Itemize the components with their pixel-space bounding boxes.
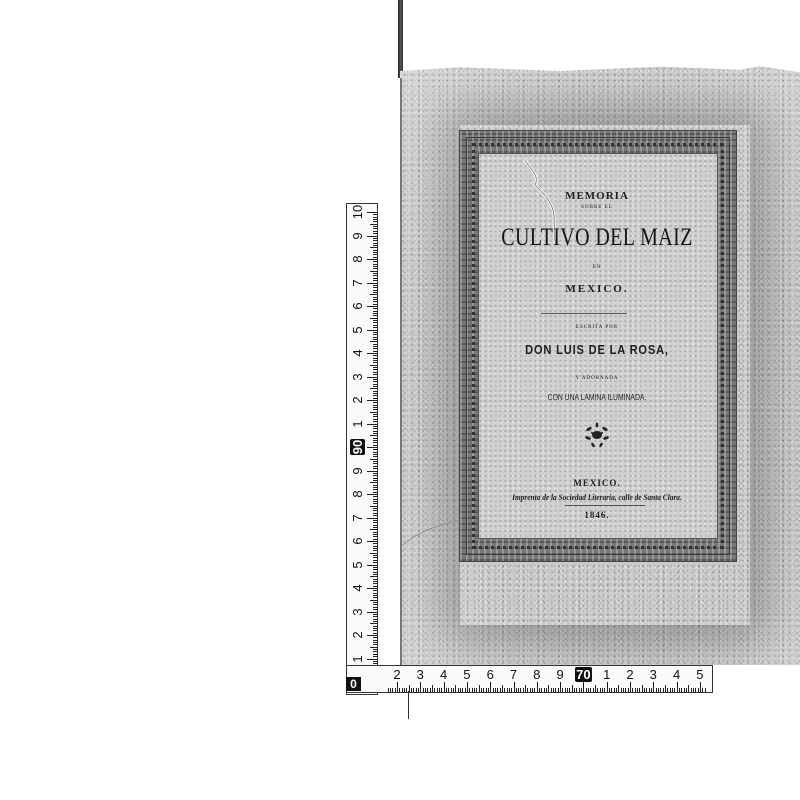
- ruler-tick: [373, 431, 377, 432]
- ruler-tick: [507, 688, 508, 692]
- ruler-tick: [373, 501, 377, 502]
- ruler-tick: [370, 271, 377, 272]
- adornment-intro: Y ADORNADA: [459, 376, 735, 381]
- ruler-tick: [370, 482, 377, 483]
- ruler-tick: [373, 337, 377, 338]
- ruler-tick: [373, 536, 377, 537]
- ruler-label: 4: [434, 667, 454, 682]
- ruler-tick: [367, 471, 377, 472]
- ruler-tick: [373, 322, 377, 323]
- ruler-tick: [611, 688, 612, 692]
- ruler-tick: [373, 619, 377, 620]
- ruler-tick: [373, 419, 377, 420]
- title-memoria: MEMORIA: [459, 190, 735, 202]
- ruler-tick: [373, 297, 377, 298]
- ruler-tick: [367, 612, 377, 613]
- ruler-tick: [588, 688, 589, 692]
- ruler-tick: [373, 616, 377, 617]
- ruler-tick: [691, 688, 692, 692]
- ruler-tick: [684, 688, 685, 692]
- ruler-tick: [373, 449, 377, 450]
- ruler-tick: [418, 688, 419, 692]
- ruler-tick: [614, 688, 615, 692]
- ruler-label: 1: [597, 667, 617, 682]
- ruler-tick: [518, 688, 519, 692]
- ruler-tick: [511, 688, 512, 692]
- ruler-tick: [370, 365, 377, 366]
- ruler-tick: [370, 318, 377, 319]
- ruler-tick: [373, 228, 377, 229]
- ruler-tick: [460, 688, 461, 692]
- ruler-tick: [373, 487, 377, 488]
- ruler-tick: [432, 685, 433, 692]
- ruler-tick: [367, 400, 377, 401]
- ruler-tick: [373, 290, 377, 291]
- ruler-tick: [370, 341, 377, 342]
- title-en: EN: [459, 265, 735, 270]
- ruler-tick: [373, 543, 377, 544]
- ruler-label: 4: [351, 344, 365, 362]
- ruler-tick: [373, 654, 377, 655]
- ruler-tick: [373, 520, 377, 521]
- ruler-tick: [373, 595, 377, 596]
- ruler-tick: [373, 496, 377, 497]
- ruler-tick: [373, 525, 377, 526]
- ruler-tick: [373, 287, 377, 288]
- ruler-tick: [621, 688, 622, 692]
- ruler-tick: [373, 534, 377, 535]
- ruler-tick: [367, 447, 377, 448]
- ruler-tick: [686, 688, 687, 692]
- ruler-tick: [651, 688, 652, 692]
- ruler-tick: [646, 688, 647, 692]
- ruler-tick: [373, 245, 377, 246]
- ruler-tick: [439, 688, 440, 692]
- ruler-tick: [373, 355, 377, 356]
- ruler-tick: [373, 569, 377, 570]
- ruler-tick: [530, 688, 531, 692]
- ruler-tick: [373, 381, 377, 382]
- ruler-tick: [679, 688, 680, 692]
- ruler-tick: [373, 593, 377, 594]
- ruler-tick: [367, 635, 377, 636]
- ruler-label: 3: [410, 667, 430, 682]
- ruler-tick: [373, 398, 377, 399]
- ruler-tick: [373, 602, 377, 603]
- ruler-tick: [490, 682, 491, 692]
- ruler-tick: [656, 688, 657, 692]
- ruler-tick: [373, 583, 377, 584]
- ruler-tick: [373, 268, 377, 269]
- ruler-tick: [373, 572, 377, 573]
- ruler-tick: [567, 688, 568, 692]
- ruler-tick: [373, 642, 377, 643]
- ruler-label: 3: [351, 603, 365, 621]
- ruler-tick: [367, 424, 377, 425]
- ruler-tick: [590, 688, 591, 692]
- author-name: DON LUIS DE LA ROSA,: [480, 342, 715, 357]
- ruler-tick: [623, 688, 624, 692]
- ruler-tick: [488, 688, 489, 692]
- ruler-tick: [367, 353, 377, 354]
- vertical-scale-ruler: 10987654321909876543210: [346, 203, 378, 695]
- ruler-tick: [373, 405, 377, 406]
- ruler-tick: [525, 685, 526, 692]
- ruler-tick: [373, 421, 377, 422]
- ruler-tick: [597, 688, 598, 692]
- ruler-label: 5: [351, 321, 365, 339]
- ruler-tick: [370, 576, 377, 577]
- ruler-tick: [437, 688, 438, 692]
- ruler-tick: [373, 257, 377, 258]
- ruler-label: 7: [504, 667, 524, 682]
- ruler-tick: [373, 384, 377, 385]
- ruler-tick: [453, 688, 454, 692]
- ruler-label: 6: [351, 297, 365, 315]
- ruler-tick: [373, 252, 377, 253]
- ruler-tick: [373, 327, 377, 328]
- ruler-tick: [586, 688, 587, 692]
- title-divider: [541, 313, 627, 314]
- ruler-tick: [373, 301, 377, 302]
- ruler-tick: [474, 688, 475, 692]
- ruler-tick: [373, 473, 377, 474]
- ruler-tick: [373, 372, 377, 373]
- ruler-tick: [532, 688, 533, 692]
- ruler-tick: [373, 461, 377, 462]
- ruler-tick: [373, 604, 377, 605]
- ruler-label: 8: [527, 667, 547, 682]
- ruler-tick: [700, 682, 701, 692]
- ruler-tick: [399, 688, 400, 692]
- ruler-tick: [373, 273, 377, 274]
- ruler-tick: [373, 416, 377, 417]
- imprint-printer: Imprenta de la Sociedad Literaria, calle…: [470, 493, 724, 502]
- ruler-tick: [670, 688, 671, 692]
- ruler-tick: [370, 600, 377, 601]
- ruler-tick: [373, 499, 377, 500]
- ruler-tick: [373, 428, 377, 429]
- ruler-tick: [373, 362, 377, 363]
- ruler-tick: [693, 688, 694, 692]
- ruler-tick: [373, 214, 377, 215]
- ruler-tick: [373, 510, 377, 511]
- ruler-tick: [373, 254, 377, 255]
- ruler-label: 3: [351, 368, 365, 386]
- ruler-tick: [373, 299, 377, 300]
- ruler-tick: [373, 555, 377, 556]
- ruler-tick: [373, 391, 377, 392]
- ruler-tick: [604, 688, 605, 692]
- ruler-tick: [537, 682, 538, 692]
- ruler-tick: [373, 221, 377, 222]
- ruler-tick: [373, 597, 377, 598]
- ruler-tick: [698, 688, 699, 692]
- ruler-tick: [373, 409, 377, 410]
- ruler-tick: [373, 503, 377, 504]
- ruler-tick: [581, 688, 582, 692]
- ruler-tick: [441, 688, 442, 692]
- ruler-tick: [667, 688, 668, 692]
- ruler-tick: [373, 325, 377, 326]
- ruler-tick: [373, 344, 377, 345]
- ruler-tick: [483, 688, 484, 692]
- ruler-tick: [576, 688, 577, 692]
- ruler-tick: [642, 685, 643, 692]
- ruler-tick: [520, 688, 521, 692]
- ruler-tick: [458, 688, 459, 692]
- ruler-tick: [373, 463, 377, 464]
- ruler-tick: [373, 466, 377, 467]
- ruler-tick: [373, 454, 377, 455]
- ruler-tick: [373, 567, 377, 568]
- ruler-tick: [583, 682, 584, 692]
- ruler-tick: [373, 233, 377, 234]
- ruler-tick: [665, 685, 666, 692]
- ruler-tick: [373, 334, 377, 335]
- ruler-tick: [373, 426, 377, 427]
- ruler-label: 5: [457, 667, 477, 682]
- ruler-tick: [527, 688, 528, 692]
- title-sobre-el: SOBRE EL: [459, 205, 735, 210]
- ruler-tick: [373, 393, 377, 394]
- ruler-tick: [373, 656, 377, 657]
- ruler-label: 3: [643, 667, 663, 682]
- ruler-tick: [448, 688, 449, 692]
- ruler-tick: [658, 688, 659, 692]
- ruler-tick: [373, 609, 377, 610]
- ruler-label: 2: [387, 667, 407, 682]
- ruler-tick: [373, 402, 377, 403]
- ruler-tick: [516, 688, 517, 692]
- ruler-tick: [423, 688, 424, 692]
- ruler-tick: [451, 688, 452, 692]
- ruler-tick: [560, 682, 561, 692]
- ruler-tick: [373, 508, 377, 509]
- ruler-tick: [558, 688, 559, 692]
- ruler-tick: [373, 637, 377, 638]
- ruler-tick: [695, 688, 696, 692]
- ruler-tick: [367, 494, 377, 495]
- ruler-tick: [574, 688, 575, 692]
- ruler-tick: [446, 688, 447, 692]
- ruler-tick: [504, 688, 505, 692]
- ruler-tick: [373, 546, 377, 547]
- ruler-tick: [541, 688, 542, 692]
- ruler-tick: [390, 688, 391, 692]
- ruler-label: 8: [351, 250, 365, 268]
- ruler-tick: [402, 688, 403, 692]
- ruler-tick: [373, 661, 377, 662]
- ruler-tick: [444, 682, 445, 692]
- ruler-tick: [373, 557, 377, 558]
- ruler-tick: [367, 565, 377, 566]
- ruler-tick: [639, 688, 640, 692]
- ruler-label: 5: [690, 667, 710, 682]
- ruler-tick: [413, 688, 414, 692]
- ruler-tick: [373, 513, 377, 514]
- ruler-tick: [397, 682, 398, 692]
- ruler-tick: [595, 685, 596, 692]
- ruler-tick: [493, 688, 494, 692]
- ruler-tick: [551, 688, 552, 692]
- ruler-tick: [373, 515, 377, 516]
- ruler-tick: [373, 313, 377, 314]
- ruler-label: 6: [480, 667, 500, 682]
- ruler-tick: [534, 688, 535, 692]
- ruler-tick: [416, 688, 417, 692]
- title-place: MEXICO.: [459, 283, 735, 295]
- ruler-tick: [637, 688, 638, 692]
- ruler-tick: [373, 644, 377, 645]
- ruler-tick: [373, 358, 377, 359]
- ruler-tick: [373, 621, 377, 622]
- ruler-tick: [373, 581, 377, 582]
- ruler-tick: [388, 688, 389, 692]
- ruler-tick: [367, 259, 377, 260]
- ruler-tick: [514, 682, 515, 692]
- ruler-tick: [373, 468, 377, 469]
- ruler-tick: [607, 682, 608, 692]
- ruler-tick: [373, 475, 377, 476]
- ruler-tick: [370, 388, 377, 389]
- ruler-tick: [373, 527, 377, 528]
- ruler-tick: [677, 682, 678, 692]
- ruler-tick: [479, 685, 480, 692]
- illustration-note: CON UNA LAMINA ILUMINADA.: [480, 393, 715, 402]
- ruler-tick: [373, 492, 377, 493]
- ruler-tick: [593, 688, 594, 692]
- ruler-tick: [373, 386, 377, 387]
- ruler-tick: [462, 688, 463, 692]
- ruler-tick: [370, 247, 377, 248]
- ruler-tick: [373, 292, 377, 293]
- ruler-tick: [373, 320, 377, 321]
- ruler-tick: [427, 688, 428, 692]
- ruler-tick: [649, 688, 650, 692]
- ruler-tick: [411, 688, 412, 692]
- ruler-label: 2: [351, 626, 365, 644]
- ruler-tick: [373, 332, 377, 333]
- ruler-tick: [472, 688, 473, 692]
- ruler-label: 4: [667, 667, 687, 682]
- ruler-tick: [370, 506, 377, 507]
- ruler-tick: [367, 541, 377, 542]
- ruler-tick: [373, 433, 377, 434]
- ruler-tick: [373, 395, 377, 396]
- ruler-tick: [373, 574, 377, 575]
- ruler-tick: [373, 250, 377, 251]
- ruler-tick: [373, 367, 377, 368]
- ruler-tick: [653, 682, 654, 692]
- ruler-tick: [373, 522, 377, 523]
- ruler-tick: [373, 607, 377, 608]
- ruler-tick: [373, 548, 377, 549]
- ruler-tick: [373, 438, 377, 439]
- ruler-pointer: [408, 691, 409, 719]
- imprint-city: MEXICO.: [459, 478, 735, 488]
- ruler-tick: [373, 311, 377, 312]
- ruler-tick: [373, 633, 377, 634]
- ruler-tick: [481, 688, 482, 692]
- ruler-tick: [555, 688, 556, 692]
- ruler-tick: [373, 278, 377, 279]
- ruler-tick: [367, 377, 377, 378]
- ruler-tick: [370, 459, 377, 460]
- ruler-tick: [373, 264, 377, 265]
- ruler-tick: [630, 682, 631, 692]
- floral-vignette-icon: [582, 420, 612, 450]
- ruler-label: 2: [620, 667, 640, 682]
- ruler-tick: [465, 688, 466, 692]
- ruler-tick: [373, 640, 377, 641]
- ruler-tick: [373, 261, 377, 262]
- ruler-tick: [392, 688, 393, 692]
- ruler-tick: [616, 688, 617, 692]
- ruler-tick: [373, 628, 377, 629]
- ruler-tick: [373, 478, 377, 479]
- ruler-tick: [430, 688, 431, 692]
- ruler-tick: [373, 266, 377, 267]
- ruler-tick: [373, 445, 377, 446]
- ruler-tick: [467, 682, 468, 692]
- ruler-tick: [562, 688, 563, 692]
- ruler-label: 10: [351, 203, 365, 221]
- ruler-tick: [625, 688, 626, 692]
- ruler-tick: [600, 688, 601, 692]
- ruler-tick: [370, 623, 377, 624]
- ruler-tick: [569, 688, 570, 692]
- ruler-label: 8: [351, 485, 365, 503]
- ruler-tick: [688, 685, 689, 692]
- ruler-tick: [681, 688, 682, 692]
- ruler-tick: [548, 685, 549, 692]
- ruler-tick: [395, 688, 396, 692]
- ruler-tick: [373, 226, 377, 227]
- ruler-tick: [618, 685, 619, 692]
- ruler-tick: [373, 285, 377, 286]
- ruler-tick: [486, 688, 487, 692]
- ruler-tick: [367, 659, 377, 660]
- ruler-tick: [370, 553, 377, 554]
- ruler-tick: [404, 688, 405, 692]
- ruler-tick: [674, 688, 675, 692]
- ruler-tick: [553, 688, 554, 692]
- ruler-tick: [373, 238, 377, 239]
- ruler-tick: [373, 369, 377, 370]
- ruler-origin: 0: [346, 677, 361, 691]
- ruler-label: 2: [351, 391, 365, 409]
- ruler-tick: [370, 412, 377, 413]
- ruler-tick: [455, 685, 456, 692]
- ruler-tick: [373, 489, 377, 490]
- ruler-label: 7: [351, 274, 365, 292]
- ruler-tick: [373, 304, 377, 305]
- ruler-tick: [373, 440, 377, 441]
- ruler-tick: [434, 688, 435, 692]
- ruler-tick: [373, 456, 377, 457]
- ruler-tick: [609, 688, 610, 692]
- ruler-tick: [672, 688, 673, 692]
- ruler-tick: [373, 550, 377, 551]
- ruler-tick: [572, 685, 573, 692]
- ruler-tick: [425, 688, 426, 692]
- ruler-label: 7: [351, 509, 365, 527]
- ruler-tick: [373, 485, 377, 486]
- main-title: CULTIVO DEL MAIZ: [487, 224, 708, 252]
- ruler-tick: [373, 480, 377, 481]
- ruler-tick: [373, 351, 377, 352]
